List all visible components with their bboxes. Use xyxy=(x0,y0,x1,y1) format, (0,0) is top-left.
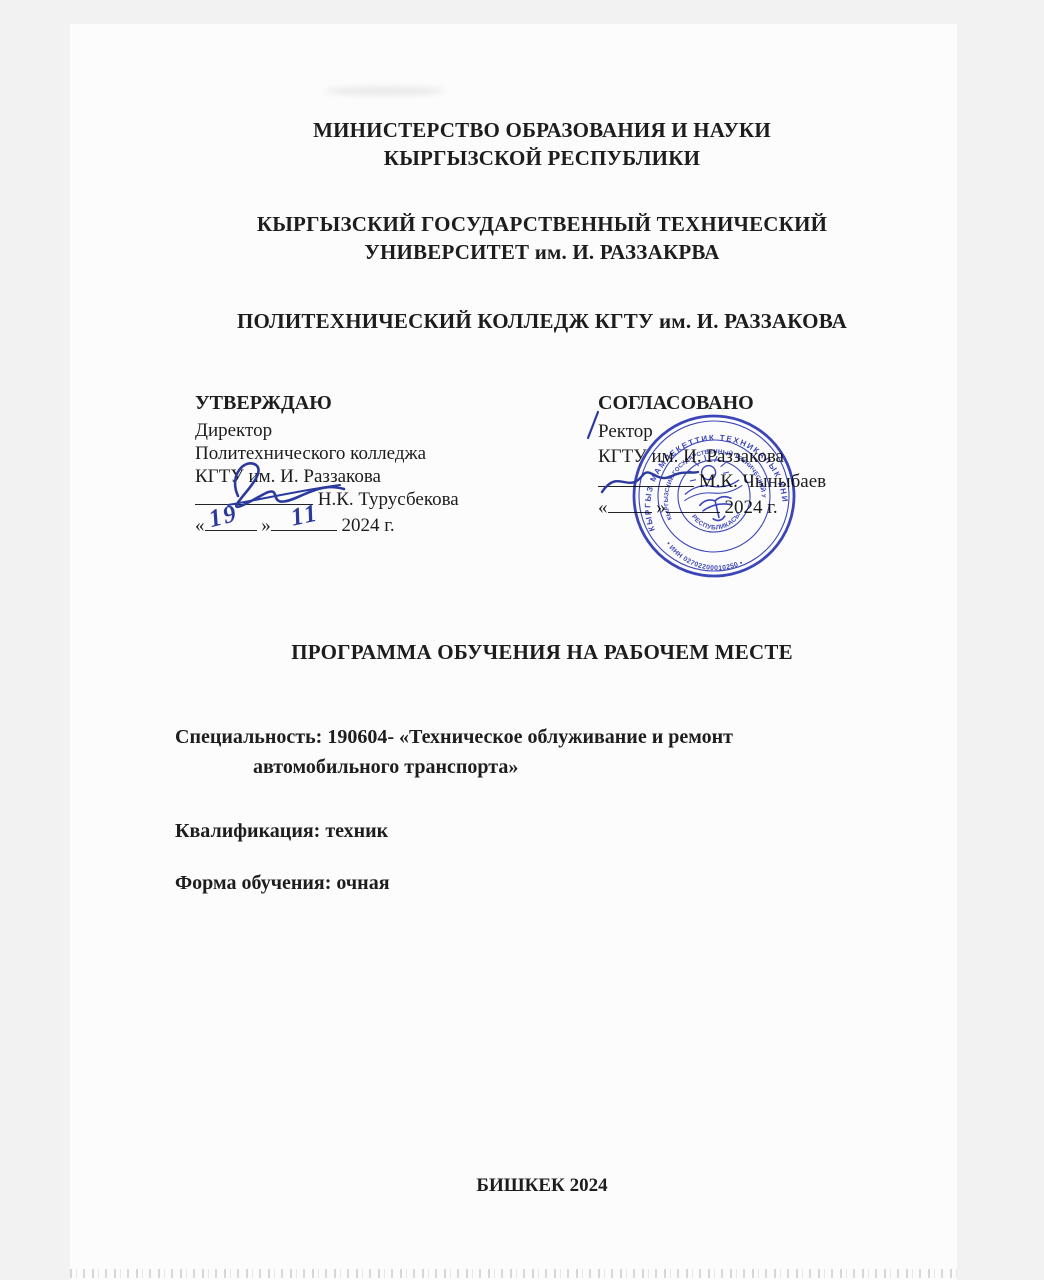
ministry-name-line-1: МИНИСТЕРСТВО ОБРАЗОВАНИЯ И НАУКИ xyxy=(127,116,957,144)
approve-title: УТВЕРЖДАЮ xyxy=(195,390,525,416)
specialty-block: Специальность: 190604- «Техническое облу… xyxy=(175,722,733,782)
qualification-line: Квалификация: техник xyxy=(175,820,388,843)
approve-line-1: Директор xyxy=(195,419,525,442)
quote-open: « xyxy=(195,515,205,536)
specialty-line-1: Специальность: 190604- «Техническое облу… xyxy=(175,722,733,752)
signature-blank xyxy=(195,488,313,505)
scanned-document-background: МИНИСТЕРСТВО ОБРАЗОВАНИЯ И НАУКИ КЫРГЫЗС… xyxy=(0,0,1044,1280)
approve-year: 2024 г. xyxy=(342,515,395,536)
approve-block: УТВЕРЖДАЮ Директор Политехнического колл… xyxy=(195,390,525,537)
handwritten-month: 11 xyxy=(288,499,321,532)
college-name: ПОЛИТЕХНИЧЕСКИЙ КОЛЛЕДЖ КГТУ им. И. РАЗЗ… xyxy=(127,307,957,335)
footer-city-year: БИШКЕК 2024 xyxy=(127,1175,957,1197)
approve-date-line: « » 2024 г. xyxy=(195,514,525,537)
approve-signature-line: Н.К. Турусбекова xyxy=(195,488,525,511)
approve-line-3: КГТУ им. И. Раззакова xyxy=(195,465,525,488)
scan-noise-band xyxy=(70,1269,957,1278)
approve-line-2: Политехнического колледжа xyxy=(195,442,525,465)
scan-smudge xyxy=(325,86,445,96)
specialty-line-2: автомобильного транспорта» xyxy=(175,752,733,782)
university-name-line-2: УНИВЕРСИТЕТ им. И. РАЗЗАКРВА xyxy=(127,238,957,266)
program-title: ПРОГРАММА ОБУЧЕНИЯ НА РАБОЧЕМ МЕСТЕ xyxy=(127,638,957,666)
quote-open: « xyxy=(598,497,608,518)
university-name-line-1: КЫРГЫЗСКИЙ ГОСУДАРСТВЕННЫЙ ТЕХНИЧЕСКИЙ xyxy=(127,210,957,238)
handwritten-slash xyxy=(588,412,598,438)
ministry-name-line-2: КЫРГЫЗСКОЙ РЕСПУБЛИКИ xyxy=(127,144,957,172)
approve-signer-name: Н.К. Турусбекова xyxy=(318,489,459,510)
study-form-line: Форма обучения: очная xyxy=(175,872,390,895)
quote-close: » xyxy=(261,515,271,536)
document-page: МИНИСТЕРСТВО ОБРАЗОВАНИЯ И НАУКИ КЫРГЫЗС… xyxy=(70,24,957,1280)
